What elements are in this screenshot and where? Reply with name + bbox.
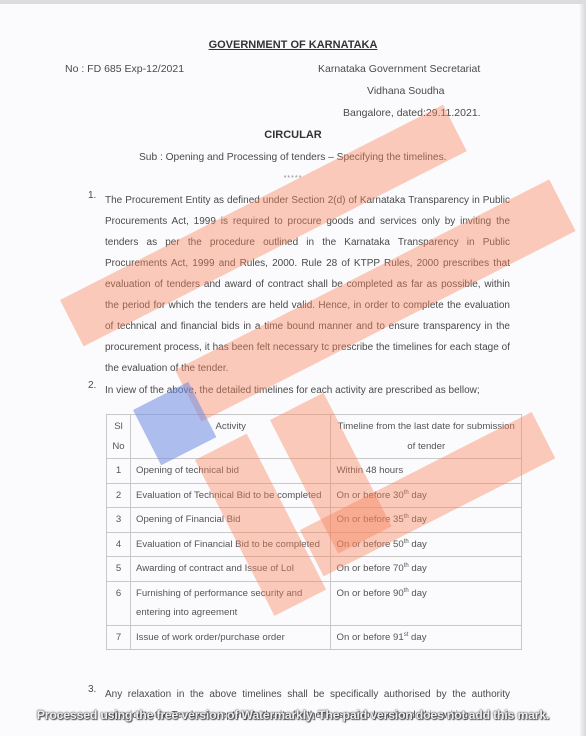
timeline-value: On or before 35: [336, 514, 403, 525]
paragraph-number: 2.: [88, 380, 96, 391]
table-row: 6Furnishing of performance security and …: [107, 581, 522, 625]
paragraph-number: 1.: [88, 190, 96, 201]
cell-activity: Evaluation of Financial Bid to be comple…: [130, 532, 331, 557]
document-page: GOVERNMENT OF KARNATAKA No : FD 685 Exp-…: [0, 4, 580, 736]
paragraph-number: 3.: [88, 684, 96, 695]
cell-timeline: On or before 30th day: [331, 483, 522, 508]
table-row: 4Evaluation of Financial Bid to be compl…: [107, 532, 522, 557]
cell-sl-no: 4: [107, 532, 131, 557]
document-title: GOVERNMENT OF KARNATAKA: [0, 39, 586, 51]
timeline-unit: day: [409, 563, 427, 574]
cell-sl-no: 2: [107, 483, 131, 508]
timeline-table: Sl No Activity Timeline from the last da…: [106, 414, 522, 650]
cell-sl-no: 1: [107, 459, 131, 484]
cell-timeline: Within 48 hours: [331, 459, 522, 484]
cell-sl-no: 7: [107, 625, 131, 650]
paragraph-text: The Procurement Entity as defined under …: [105, 190, 510, 379]
timeline-value: On or before 91: [336, 632, 403, 643]
cell-timeline: On or before 91st day: [331, 625, 522, 650]
subject-text: Opening and Processing of tenders – Spec…: [166, 152, 447, 163]
address-line-1: Karnataka Government Secretariat: [318, 63, 480, 75]
address-line-2: Vidhana Soudha: [367, 85, 444, 97]
cell-timeline: On or before 70th day: [331, 557, 522, 582]
table-header-row: Sl No Activity Timeline from the last da…: [107, 415, 522, 459]
timeline-value: On or before 30: [336, 490, 403, 501]
subject-line: Sub : Opening and Processing of tenders …: [139, 152, 447, 163]
table-row: 3Opening of Financial BidOn or before 35…: [107, 508, 522, 533]
timeline-unit: day: [409, 514, 427, 525]
timeline-value: On or before 90: [336, 588, 403, 599]
table-row: 1Opening of technical bidWithin 48 hours: [107, 459, 522, 484]
address-date-line: Bangalore, dated:29.11.2021.: [343, 107, 481, 119]
header-sl-no: Sl No: [107, 415, 131, 459]
timeline-value: On or before 50: [336, 539, 403, 550]
paragraph-text: In view of the above, the detailed timel…: [105, 380, 510, 401]
cell-activity: Evaluation of Technical Bid to be comple…: [130, 483, 331, 508]
page-edge-shadow: [580, 4, 586, 736]
table-row: 2Evaluation of Technical Bid to be compl…: [107, 483, 522, 508]
timeline-value: On or before 70: [336, 563, 403, 574]
cell-timeline: On or before 50th day: [331, 532, 522, 557]
subject-prefix: Sub :: [139, 152, 166, 163]
timeline-unit: day: [409, 539, 427, 550]
cell-sl-no: 3: [107, 508, 131, 533]
cell-activity: Opening of technical bid: [130, 459, 331, 484]
cell-timeline: On or before 90th day: [331, 581, 522, 625]
table-row: 5Awarding of contract and Issue of LoIOn…: [107, 557, 522, 582]
cell-sl-no: 5: [107, 557, 131, 582]
cell-timeline: On or before 35th day: [331, 508, 522, 533]
separator: *****: [0, 175, 586, 182]
header-activity: Activity: [130, 415, 331, 459]
cell-activity: Awarding of contract and Issue of LoI: [130, 557, 331, 582]
reference-number: No : FD 685 Exp-12/2021: [65, 63, 184, 75]
cell-activity: Issue of work order/purchase order: [130, 625, 331, 650]
header-timeline: Timeline from the last date for submissi…: [331, 415, 522, 459]
cell-activity: Opening of Financial Bid: [130, 508, 331, 533]
timeline-value: Within 48 hours: [336, 465, 403, 476]
cell-sl-no: 6: [107, 581, 131, 625]
timeline-unit: day: [408, 632, 426, 643]
circular-heading: CIRCULAR: [0, 129, 586, 141]
watermark-text: Processed using the free version of Wate…: [0, 708, 586, 722]
timeline-unit: day: [409, 588, 427, 599]
timeline-unit: day: [409, 490, 427, 501]
table-row: 7Issue of work order/purchase orderOn or…: [107, 625, 522, 650]
cell-activity: Furnishing of performance security and e…: [130, 581, 331, 625]
